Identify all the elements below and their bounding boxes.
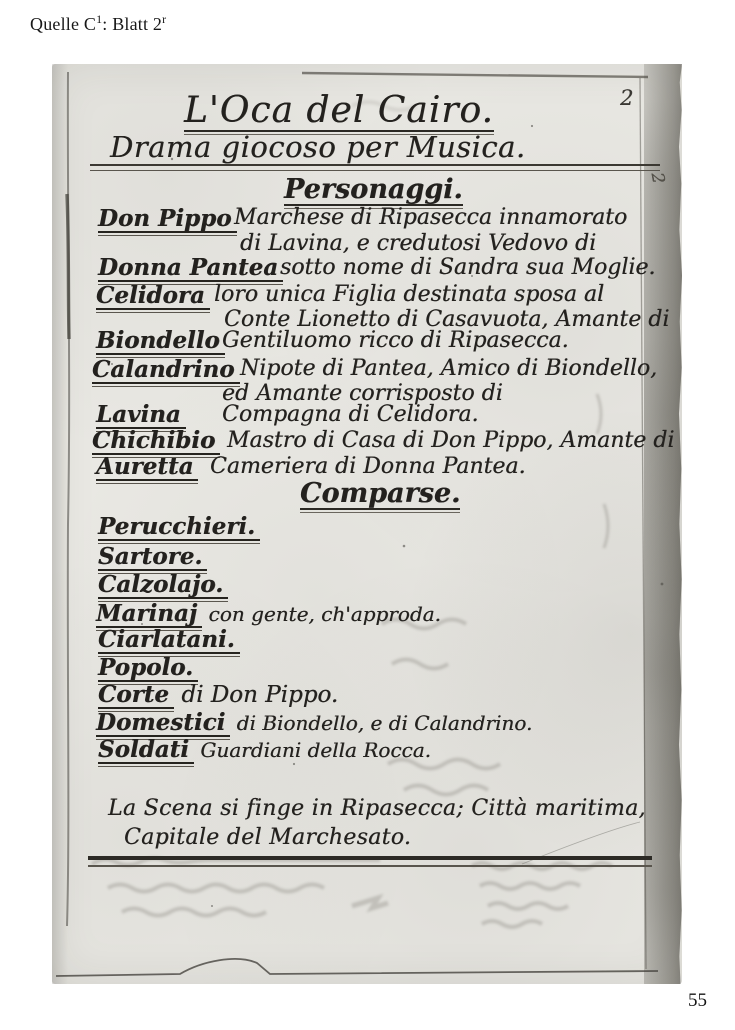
source-caption-part1: Quelle C [30, 14, 96, 34]
character-description: sotto nome di Sandra sua Moglie. [280, 255, 655, 280]
character-name: Celidora [96, 282, 210, 313]
comparse-name: Calzolajo. [98, 571, 228, 602]
comparse-heading: Comparse. [300, 478, 460, 513]
comparse-name: Soldati [98, 736, 194, 767]
scene-note-line1: La Scena si finge in Ripasecca; Città ma… [108, 796, 646, 821]
comparse-item: Perucchieri. [98, 513, 260, 540]
comparse-name: Ciarlatani. [98, 626, 240, 657]
character-description: Compagna di Celidora. [222, 402, 479, 427]
comparse-item: Domestici di Biondello, e di Calandrino. [96, 709, 532, 736]
source-caption-sup2: r [162, 12, 166, 26]
manuscript-sheet: 2 2 L'Oca del Cairo. Drama giocoso per M… [52, 64, 682, 984]
comparse-rest: con gente, ch'approda. [202, 602, 441, 626]
scan-page: { "page": { "header": { "part1": "Quelle… [0, 0, 735, 1030]
source-caption: Quelle C1: Blatt 2r [30, 14, 166, 35]
personaggi-heading: Personaggi. [284, 174, 463, 209]
character-description: Cameriera di Donna Pantea. [210, 454, 526, 479]
comparse-item: Soldati Guardiani della Rocca. [98, 736, 431, 763]
comparse-rest: Guardiani della Rocca. [194, 738, 431, 762]
character-description: loro unica Figlia destinata sposa al [214, 282, 604, 307]
comparse-rest: di Biondello, e di Calandrino. [230, 711, 532, 735]
character-name: Don Pippo [98, 205, 237, 236]
character-name: Calandrino [92, 356, 240, 387]
comparse-name: Sartore. [98, 543, 207, 574]
character-description: Nipote di Pantea, Amico di Biondello, [240, 356, 657, 381]
character-name: Auretta [96, 453, 198, 484]
handwritten-rule-bottom [88, 856, 652, 867]
sheet-left-shading [52, 64, 68, 984]
page-number: 55 [688, 990, 707, 1012]
comparse-name: Corte [98, 681, 174, 712]
character-description: Mastro di Casa di Don Pippo, Amante di [227, 428, 674, 453]
comparse-item: Corte di Don Pippo. [98, 681, 338, 708]
comparse-item: Calzolajo. [98, 571, 228, 598]
comparse-name: Perucchieri. [98, 513, 260, 544]
source-caption-part2: : Blatt 2 [102, 14, 162, 34]
character-description: Marchese di Ripasecca innamorato [234, 205, 627, 230]
manuscript-title: L'Oca del Cairo. [184, 90, 494, 135]
comparse-item: Popolo. [98, 654, 198, 681]
character-name: Biondello [96, 327, 225, 358]
handwritten-rule-top [90, 164, 660, 171]
character-description-continued: di Lavina, e credutosi Vedovo di [240, 231, 596, 256]
character-name: Donna Pantea [98, 254, 283, 285]
comparse-item: Sartore. [98, 543, 207, 570]
character-description: Gentiluomo ricco di Ripasecca. [222, 328, 569, 353]
manuscript-subtitle: Drama giocoso per Musica. [110, 130, 526, 164]
folio-number: 2 [620, 86, 633, 110]
comparse-rest: di Don Pippo. [174, 682, 338, 708]
sheet-deckle-edge [644, 64, 682, 984]
scene-note-line2: Capitale del Marchesato. [124, 825, 411, 850]
comparse-item: Marinaj con gente, ch'approda. [96, 600, 441, 627]
comparse-item: Ciarlatani. [98, 626, 240, 653]
